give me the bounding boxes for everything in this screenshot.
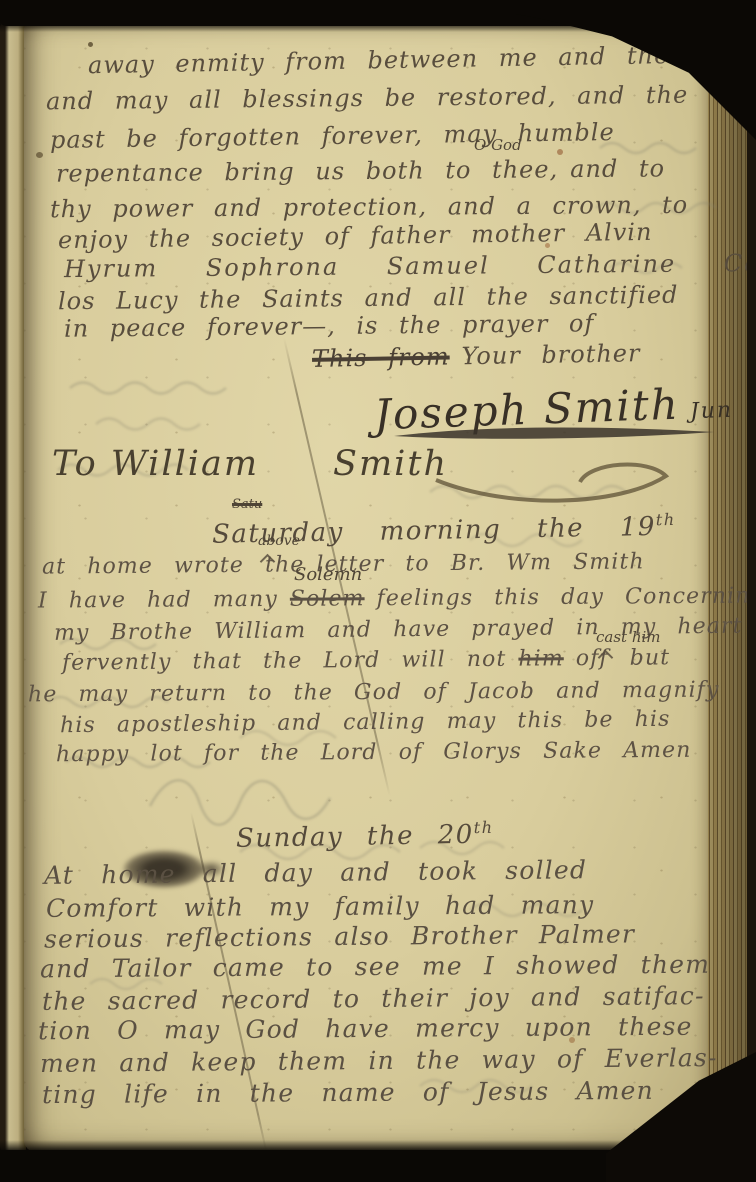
manuscript-line: I have had manySolemfeelings this day Co… [38, 583, 756, 613]
line-text: off but [576, 645, 671, 671]
ordinal-suffix: th [474, 818, 494, 837]
line-text: Your brother [461, 339, 640, 370]
manuscript-line: serious reflections also Brother Palmer [44, 919, 635, 953]
manuscript-line: repentance bring us both to thee,and to [56, 154, 665, 187]
manuscript-line: fervently that the Lord will nothimoff b… [62, 645, 670, 675]
signature-suffix: Jun [690, 398, 734, 424]
interlinear-insertion: Solemn [294, 564, 362, 585]
entry-date-heading: Sunday the 20th [236, 818, 494, 854]
interlinear-insertion: cast him [596, 628, 661, 646]
ordinal-suffix: th [656, 510, 676, 529]
manuscript-line: At home all day and took solled [44, 855, 587, 890]
manuscript-line: happy lot for the Lord of Glorys Sake Am… [56, 738, 692, 767]
struck-word: Solem [290, 586, 365, 612]
signature-flourish [388, 424, 728, 446]
struck-word: This from [312, 342, 450, 372]
addressee-to: To William [52, 444, 259, 484]
struck-word: him [518, 646, 564, 671]
line-text: repentance bring us both to thee, [56, 155, 558, 187]
line-text: feelings this day Concerning [377, 583, 756, 611]
interlinear-insertion: O God [474, 136, 522, 154]
heading-text: Sunday the 20 [236, 820, 474, 854]
manuscript-line: and Tailor came to see me I showed them [40, 950, 710, 984]
manuscript-line: ting life in the name of Jesus Amen [42, 1076, 654, 1109]
struck-word: Satu [232, 497, 262, 512]
manuscript-line: This fromYour brother [312, 339, 641, 373]
addressee-line: To WilliamSmith [52, 444, 448, 484]
manuscript-line: men and keep them in the way of Everlas- [40, 1043, 718, 1078]
line-text: fervently that the Lord will not [62, 647, 507, 676]
line-text: and to [570, 154, 665, 183]
line-text: letter to Br. Wm Smith [316, 549, 644, 577]
manuscript-line: the sacred record to their joy and satif… [42, 981, 705, 1016]
manuscript-line: tion O may God have mercy upon these [38, 1012, 693, 1046]
book-photograph: 87 away enmity from between me and thee,… [0, 0, 756, 1182]
manuscript-line: Hyrum Sophrona Samuel Catharine Car [64, 249, 756, 283]
line-text: I have had many [38, 587, 278, 614]
manuscript-line: Comfort with my family had many [46, 890, 595, 923]
manuscript-line: he may return to the God of Jacob and ma… [28, 678, 720, 708]
addressee-swash [430, 452, 690, 516]
backdrop-right-edge [747, 0, 756, 1182]
manuscript-line: in peace forever—, is the prayer of [64, 309, 595, 343]
interlinear-insertion: above [258, 533, 300, 549]
